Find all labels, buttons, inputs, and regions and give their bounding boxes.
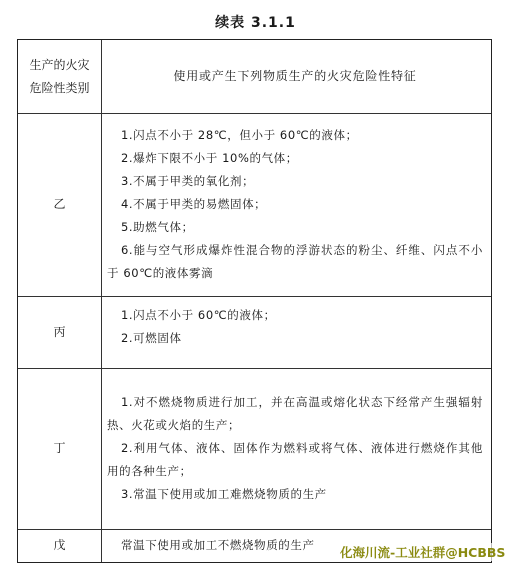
- header-category-line1: 生产的火灾: [29, 54, 89, 77]
- table-title: 续表 3.1.1: [0, 12, 511, 32]
- header-category-line2: 危险性类别: [29, 77, 89, 100]
- category-cell-wu: 戊: [18, 529, 101, 562]
- category-cell-ding: 丁: [18, 368, 101, 529]
- category-label: 戊: [53, 534, 65, 557]
- list-item: 3.常温下使用或加工难燃烧物质的生产: [107, 483, 483, 506]
- list-item: 1.闪点不小于 28℃，但小于 60℃的液体；: [107, 124, 483, 147]
- header-category-cell: 生产的火灾 危险性类别: [18, 40, 101, 113]
- list-item: 2.爆炸下限不小于 10%的气体；: [107, 147, 483, 170]
- category-label: 丁: [53, 437, 65, 460]
- list-item: 2.利用气体、液体、固体作为燃料或将气体、液体进行燃烧作其他用的各种生产；: [107, 437, 483, 483]
- list-item: 4.不属于甲类的易燃固体；: [107, 193, 483, 216]
- category-label: 丙: [53, 321, 65, 344]
- category-cell-bing: 丙: [18, 296, 101, 368]
- list-item: 6.能与空气形成爆炸性混合物的浮游状态的粉尘、纤维、闪点不小于 60℃的液体雾滴: [107, 239, 483, 285]
- list-item: 1.对不燃烧物质进行加工，并在高温或熔化状态下经常产生强辐射热、火花或火焰的生产…: [107, 391, 483, 437]
- list-item: 5.助燃气体；: [107, 216, 483, 239]
- watermark: 化海川流-工业社群@HCBBS: [340, 543, 505, 561]
- category-cell-yi: 乙: [18, 113, 101, 296]
- list-item: 2.可燃固体: [107, 327, 483, 350]
- header-feature-label: 使用或产生下列物质生产的火灾危险性特征: [173, 65, 416, 88]
- list-item: 3.不属于甲类的氧化剂；: [107, 170, 483, 193]
- fire-hazard-table: 生产的火灾 危险性类别 使用或产生下列物质生产的火灾危险性特征 乙 1.闪点不小…: [17, 39, 492, 563]
- feature-cell-bing: 1.闪点不小于 60℃的液体； 2.可燃固体: [102, 304, 491, 364]
- feature-cell-ding: 1.对不燃烧物质进行加工，并在高温或熔化状态下经常产生强辐射热、火花或火焰的生产…: [102, 391, 491, 521]
- list-item: 1.闪点不小于 60℃的液体；: [107, 304, 483, 327]
- header-feature-cell: 使用或产生下列物质生产的火灾危险性特征: [102, 40, 491, 113]
- feature-cell-yi: 1.闪点不小于 28℃，但小于 60℃的液体； 2.爆炸下限不小于 10%的气体…: [102, 124, 491, 294]
- category-label: 乙: [53, 193, 65, 216]
